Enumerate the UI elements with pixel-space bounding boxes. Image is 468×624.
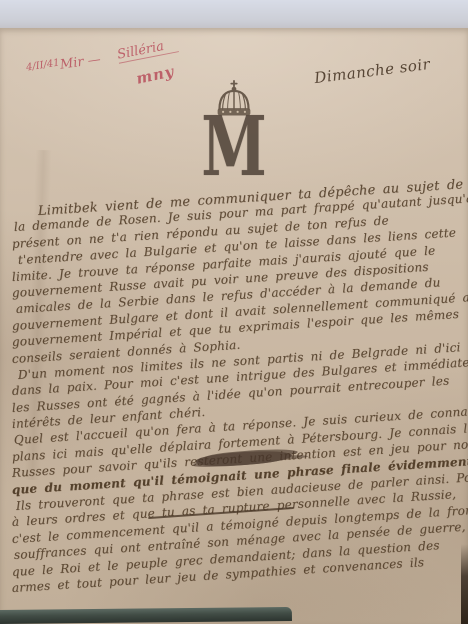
paper-edge-shadow [461,544,468,624]
photo-backdrop [0,0,468,30]
monogram-letter: M [66,112,403,182]
letter-photo: 4/II/41 Mir — Silléria mny Dimanche soir… [0,0,468,624]
letter-body: Limitbek vient de me communiquer ta dépê… [12,204,462,597]
